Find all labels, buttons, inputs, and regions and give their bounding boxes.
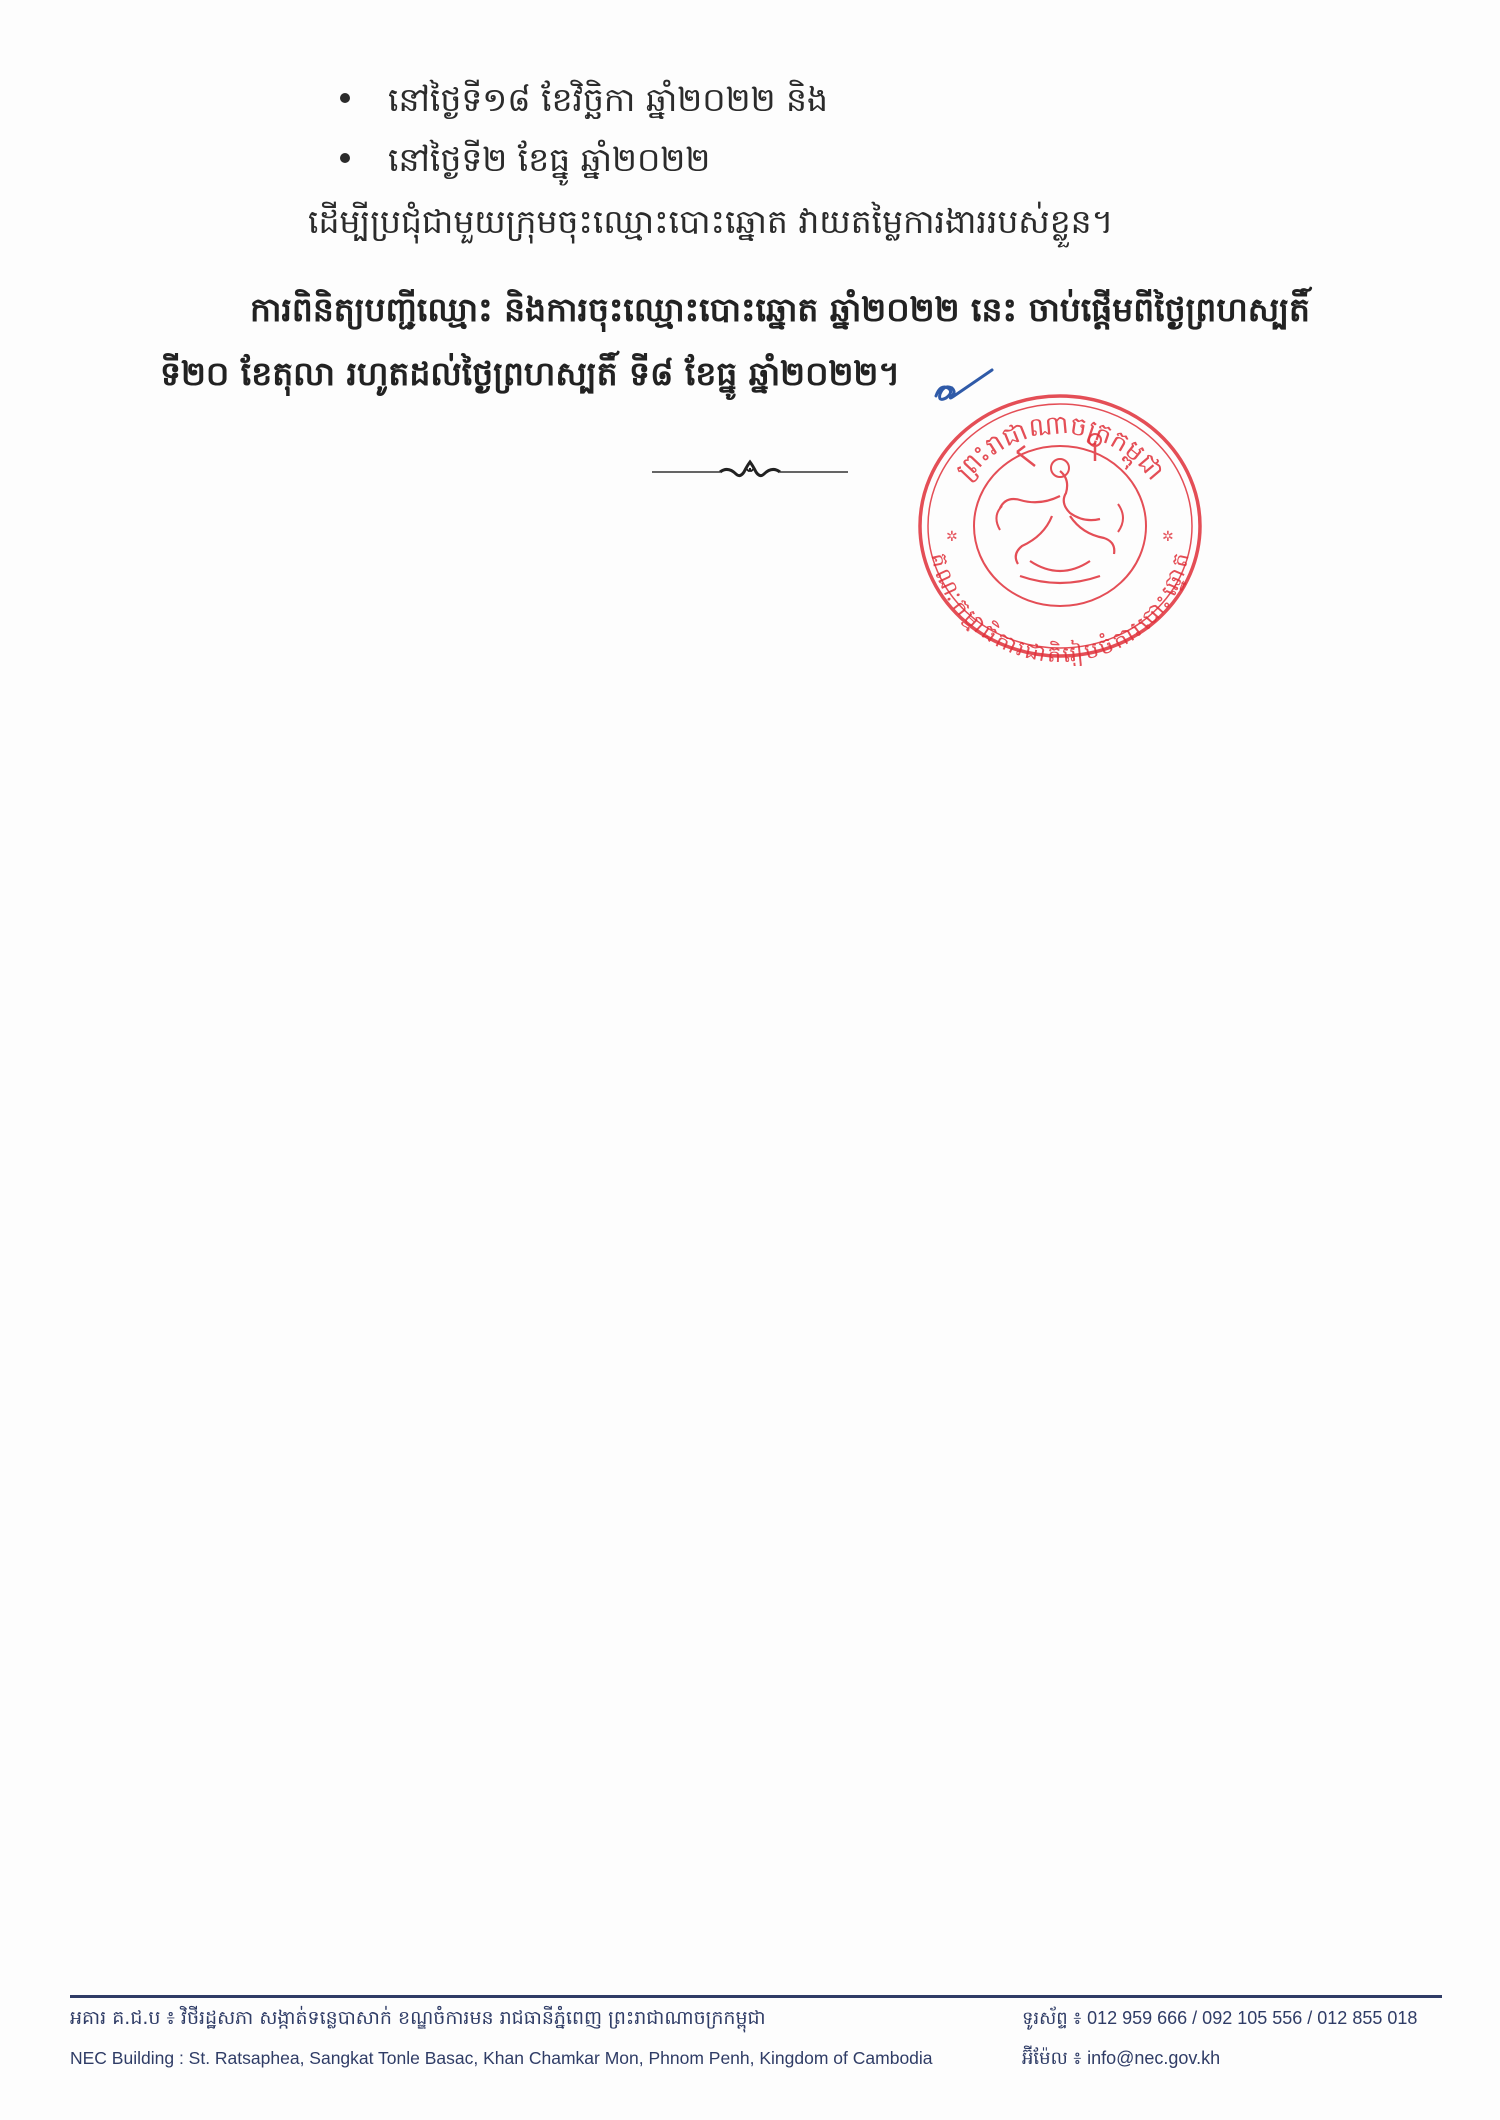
svg-text:គណៈកម្មាធិការជាតិរៀបចំការបោះឆ្: គណៈកម្មាធិការជាតិរៀបចំការបោះឆ្នោត xyxy=(925,551,1194,666)
footer-phone: ទូរស័ព្ទ ៖ 012 959 666 / 092 105 556 / 0… xyxy=(1022,2004,1417,2033)
footer-divider xyxy=(70,1995,1442,1998)
footer-address-english: NEC Building : St. Ratsaphea, Sangkat To… xyxy=(70,2045,933,2071)
bullet-icon xyxy=(340,153,350,163)
purpose-line: ដើម្បីប្រជុំជាមួយក្រុមចុះឈ្មោះបោះឆ្នោត វ… xyxy=(308,200,1113,244)
footer-address-khmer: អគារ គ.ជ.ប ៖ វិថីរដ្ឋសភា សង្កាត់ទន្លេបាស… xyxy=(70,2004,766,2032)
decorative-divider-icon xyxy=(650,458,850,484)
email-address-link[interactable]: info@nec.gov.kh xyxy=(1087,2048,1220,2068)
svg-text:✲: ✲ xyxy=(946,529,958,545)
signature-icon xyxy=(928,366,998,406)
paragraph-line-1: ការពិនិត្យបញ្ជីឈ្មោះ និងការចុះឈ្មោះបោះឆ្… xyxy=(250,288,1310,332)
footer-email: អ៊ីម៉ែល ៖ info@nec.gov.kh xyxy=(1022,2045,1220,2072)
document-page: នៅថ្ងៃទី១៨ ខែវិច្ឆិកា ឆ្នាំ២០២២ និង នៅថ្… xyxy=(0,0,1500,2120)
bullet-icon xyxy=(340,93,350,103)
bullet-text: នៅថ្ងៃទី១៨ ខែវិច្ឆិកា ឆ្នាំ២០២២ និង xyxy=(388,80,828,119)
svg-text:ព្រះរាជាណាចក្រកម្ពុជា: ព្រះរាជាណាចក្រកម្ពុជា xyxy=(950,410,1170,487)
paragraph-line-2: ទី២០ ខែតុលា រហូតដល់ថ្ងៃព្រហស្បតិ៍ ទី៨ ខែ… xyxy=(160,352,900,396)
svg-text:✲: ✲ xyxy=(1162,529,1174,545)
email-label: អ៊ីម៉ែល ៖ xyxy=(1022,2048,1081,2069)
phone-numbers: 012 959 666 / 092 105 556 / 012 855 018 xyxy=(1087,2008,1417,2028)
bullet-item-date-1: នៅថ្ងៃទី១៨ ខែវិច្ឆិកា ឆ្នាំ២០២២ និង xyxy=(340,78,828,122)
phone-label: ទូរស័ព្ទ ៖ xyxy=(1022,2008,1081,2029)
bullet-item-date-2: នៅថ្ងៃទី២ ខែធ្នូ ឆ្នាំ២០២២ xyxy=(340,138,710,182)
bullet-text: នៅថ្ងៃទី២ ខែធ្នូ ឆ្នាំ២០២២ xyxy=(388,140,710,179)
official-seal-stamp-icon: ព្រះរាជាណាចក្រកម្ពុជា គណៈកម្មាធិការជាតិរ… xyxy=(910,386,1210,666)
